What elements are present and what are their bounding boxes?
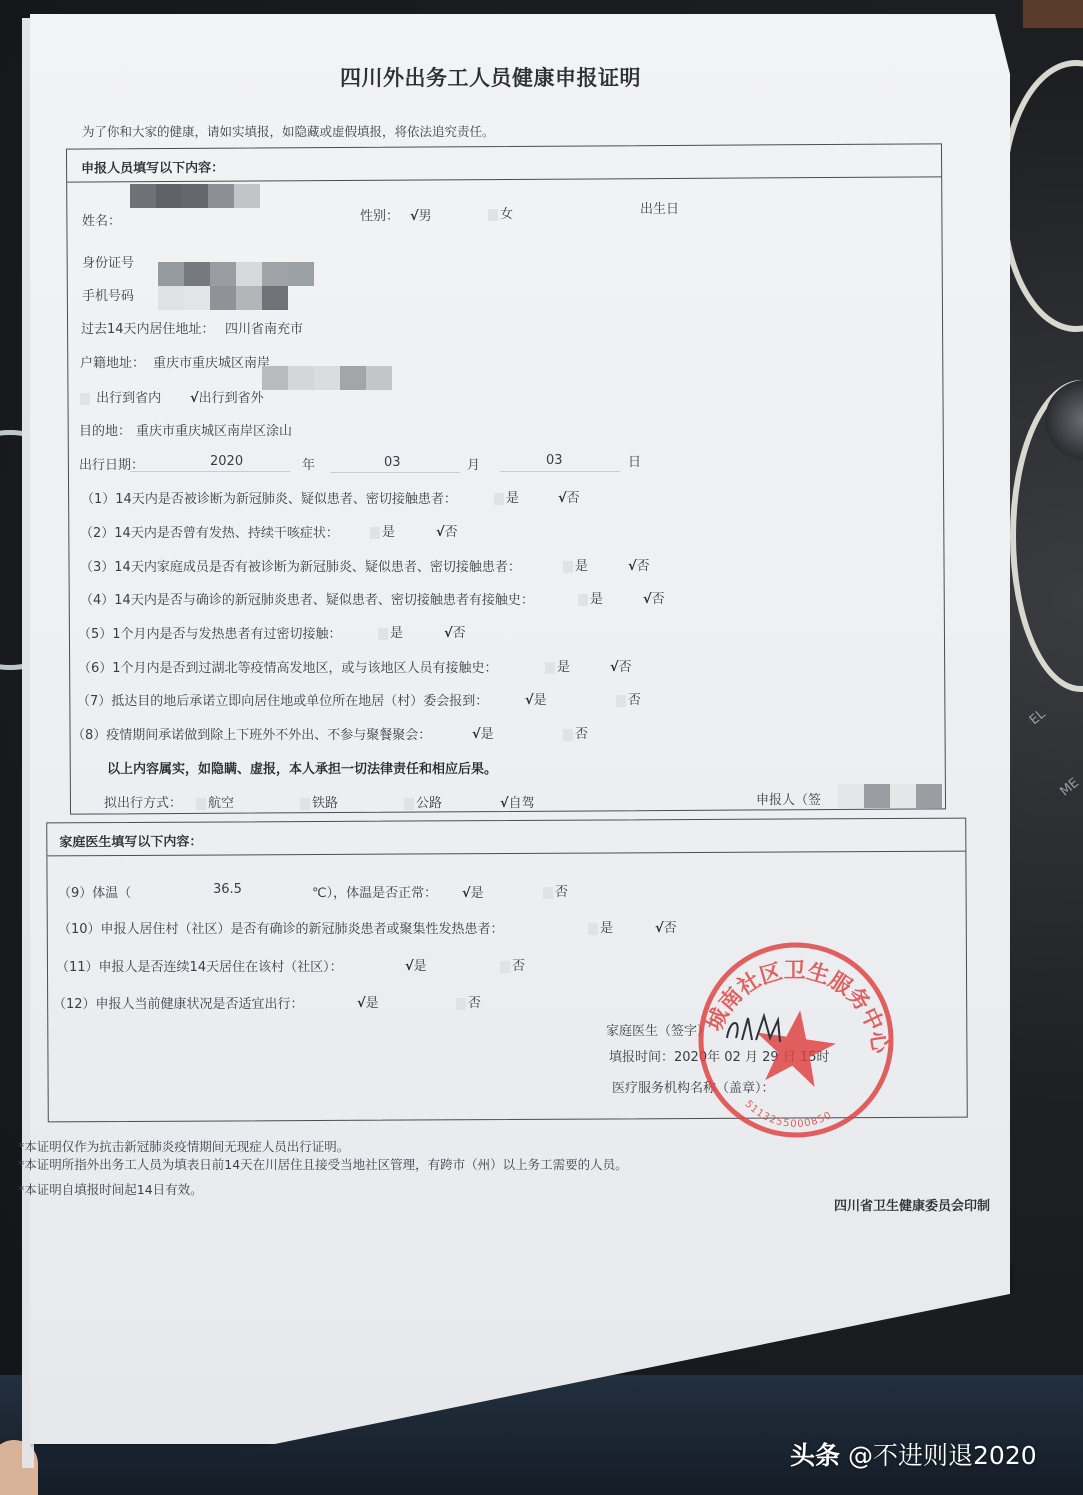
answer-option-no[interactable]: 否 [563,723,588,742]
footnote: *本证明所指外出务工人员为填表日前14天在川居住且接受当地社区管理，有跨市（州）… [18,1155,628,1173]
answer-option-no[interactable]: 否 [500,955,525,974]
redacted-phone [158,286,288,310]
health-declaration-document: 四川外出务工人员健康申报证明 为了你和大家的健康，请如实填报，如隐藏或虚假填报，… [0,0,1083,1495]
applicant-section: 申报人员填写以下内容： [66,143,946,814]
watermark-brand: 头条 [790,1441,840,1470]
answer-option-no[interactable]: √否 [628,555,650,574]
id-label: 身份证号 [82,252,134,271]
underline [500,471,620,472]
watermark: 头条@不进则退2020 [790,1436,1037,1472]
footnote: *本证明仅作为抗击新冠肺炎疫情期间无现症人员出行证明。 [18,1137,349,1155]
travel-day: 03 [546,453,563,468]
gender-label: 性别： [360,205,399,224]
question-text: （10）申报人居住村（社区）是否有确诊的新冠肺炎患者或聚集性发热患者： [58,918,504,937]
redacted-name [130,184,260,208]
answer-option-no[interactable]: √否 [436,521,458,540]
answer-option-no[interactable]: √否 [444,622,466,641]
travel-in-province-option[interactable]: 出行到省内 [80,387,161,406]
transport-label: 拟出行方式： [104,792,182,811]
answer-option-yes[interactable]: 是 [563,555,588,574]
answer-option-no[interactable]: √否 [558,487,580,506]
travel-year-unit: 年 [302,454,315,473]
answer-option-yes[interactable]: 是 [494,487,519,506]
watermark-handle: @不进则退2020 [848,1441,1037,1470]
residence-label: 过去14天内居住地址： [81,318,215,337]
question-text: （3）14天内家庭成员是否有被诊断为新冠肺炎、疑似患者、密切接触患者： [80,556,521,575]
answer-option-yes[interactable]: √是 [405,955,427,974]
birth-label: 出生日 [640,198,679,217]
temperature-unit: ℃），体温是否正常： [312,882,437,901]
question-text: （4）14天内是否与确诊的新冠肺炎患者、疑似患者、密切接触患者有接触史： [80,589,534,608]
travel-month: 03 [384,455,401,470]
travel-out-province-option[interactable]: √出行到省外 [190,387,264,406]
transport-option-rail[interactable]: 铁路 [300,792,338,811]
applicant-section-header: 申报人员填写以下内容： [67,144,941,182]
answer-option-no[interactable]: 否 [616,689,641,708]
question-text: （11）申报人是否连续14天居住在该村（社区）： [56,956,343,975]
footnote: *本证明自填报时间起14日有效。 [18,1180,203,1198]
answer-option-no[interactable]: 否 [456,992,481,1011]
redacted-id [158,262,314,286]
question-text: （12）申报人当前健康状况是否适宜出行： [53,993,304,1012]
temperature-value: 36.5 [213,882,242,897]
travel-day-unit: 日 [628,451,641,470]
question-text: （7）抵达目的地后承诺立即向居住地或单位所在地居（村）委会报到： [77,690,488,709]
underline [130,471,290,472]
gender-option-female[interactable]: 女 [488,203,513,222]
publisher: 四川省卫生健康委员会印制 [834,1195,990,1214]
gender-option-male[interactable]: √男 [410,205,432,224]
phone-label: 手机号码 [82,285,134,304]
declaration-text: 以上内容属实，如隐瞒、虚报，本人承担一切法律责任和相应后果。 [107,758,497,777]
name-label: 姓名： [82,210,121,229]
household-value: 重庆市重庆城区南岸 [153,352,270,371]
answer-option-yes[interactable]: √是 [472,723,494,742]
question-text: （2）14天内是否曾有发热、持续干咳症状： [80,522,339,541]
question-text: （5）1个月内是否与发热患者有过密切接触： [78,623,342,642]
answer-option-yes[interactable]: 是 [588,917,613,936]
document-title: 四川外出务工人员健康申报证明 [340,62,641,92]
doctor-signature-label: 家庭医生（签字） [606,1020,710,1039]
answer-option-yes[interactable]: 是 [378,622,403,641]
destination-value: 重庆市重庆城区南岸区涂山 [136,420,292,439]
transport-option-self-drive[interactable]: √自驾 [500,792,535,811]
redacted-household [262,366,392,390]
intro-text: 为了你和大家的健康，请如实填报，如隐藏或虚假填报，将依法追究责任。 [82,122,495,140]
question-text: （1）14天内是否被诊断为新冠肺炎、疑似患者、密切接触患者： [81,488,457,507]
temp-normal-no[interactable]: 否 [543,881,568,900]
travel-year: 2020 [210,454,243,469]
answer-option-yes[interactable]: 是 [578,588,603,607]
transport-option-air[interactable]: 航空 [196,792,234,811]
answer-option-yes[interactable]: 是 [545,656,570,675]
transport-option-road[interactable]: 公路 [404,792,442,811]
question-text: （6）1个月内是否到过湖北等疫情高发地区，或与该地区人员有接触史： [78,657,498,676]
doctor-signature [722,1010,792,1050]
answer-option-no[interactable]: √否 [643,588,665,607]
question-text: （8）疫情期间承诺做到除上下班外不外出、不参与聚餐聚会： [72,724,431,743]
answer-option-yes[interactable]: √是 [357,992,379,1011]
temp-normal-yes[interactable]: √是 [462,882,484,901]
temperature-question: （9）体温（ [58,882,131,901]
doctor-section-header: 家庭医生填写以下内容： [47,819,965,857]
travel-month-unit: 月 [467,454,480,473]
answer-option-no[interactable]: √否 [610,656,632,675]
answer-option-no[interactable]: √否 [655,917,677,936]
answer-option-yes[interactable]: √是 [525,689,547,708]
residence-value: 四川省南充市 [225,318,303,337]
applicant-signature-label: 申报人（签 [756,789,821,808]
underline [330,472,460,473]
redacted-signature [838,784,942,808]
answer-option-yes[interactable]: 是 [370,521,395,540]
household-label: 户籍地址： [80,352,145,371]
destination-label: 目的地： [79,420,131,439]
